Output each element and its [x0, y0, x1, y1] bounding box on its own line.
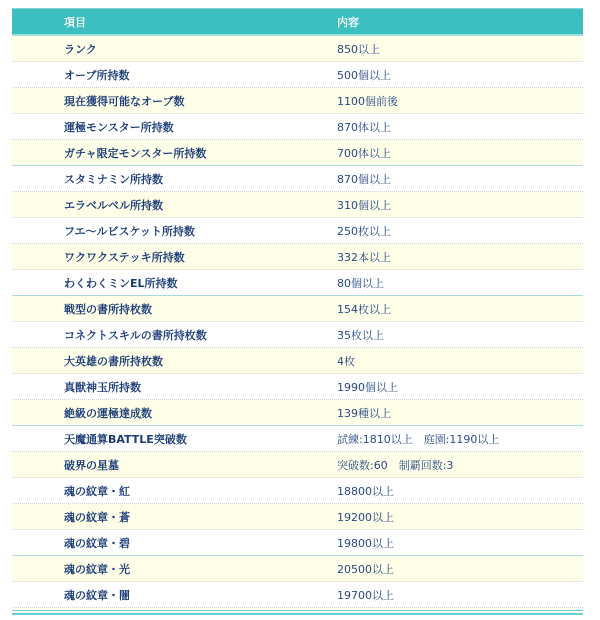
row-item-label: ランク — [64, 41, 97, 57]
table-row: フエ〜ルビスケット所持数250枚以上 — [12, 218, 583, 244]
row-item-label: 真獣神玉所持数 — [64, 379, 141, 395]
row-content-value: 1100個前後 — [337, 93, 398, 109]
row-content-value: 850以上 — [337, 41, 380, 57]
row-item-label: ワクワクステッキ所持数 — [64, 249, 185, 265]
table-row: わくわくミンEL所持数80個以上 — [12, 270, 583, 296]
row-content-value: 139種以上 — [337, 405, 391, 421]
row-content-value: 4枚 — [337, 353, 355, 369]
table-header: 項目 内容 — [12, 8, 583, 36]
row-content-value: 試練:1810以上 庭園:1190以上 — [337, 431, 499, 447]
row-item-label: 破界の星墓 — [64, 457, 119, 473]
row-content-value: 18800以上 — [337, 483, 394, 499]
row-content-value: 870体以上 — [337, 119, 391, 135]
row-content-value: 19200以上 — [337, 509, 394, 525]
table-row: ワクワクステッキ所持数332本以上 — [12, 244, 583, 270]
table-row: 運極モンスター所持数870体以上 — [12, 114, 583, 140]
row-content-value: 870個以上 — [337, 171, 391, 187]
table-row: 戦型の書所持枚数154枚以上 — [12, 296, 583, 322]
row-item-label: ガチャ限定モンスター所持数 — [64, 145, 206, 161]
row-item-label: 魂の紋章・碧 — [64, 535, 130, 551]
row-item-label: エラベルベル所持数 — [64, 197, 163, 213]
row-item-label: スタミナミン所持数 — [64, 171, 163, 187]
row-content-value: 19700以上 — [337, 587, 394, 603]
row-item-label: オーブ所持数 — [64, 67, 129, 83]
table-row: 魂の紋章・紅18800以上 — [12, 478, 583, 504]
row-item-label: 絶級の運極達成数 — [64, 405, 152, 421]
table-row: 現在獲得可能なオーブ数1100個前後 — [12, 88, 583, 114]
row-content-value: 突破数:60 制覇回数:3 — [337, 457, 453, 473]
row-content-value: 80個以上 — [337, 275, 384, 291]
table-row: 天魔通算BATTLE突破数試練:1810以上 庭園:1190以上 — [12, 426, 583, 452]
header-content: 内容 — [337, 14, 359, 30]
row-content-value: 20500以上 — [337, 561, 394, 577]
table-row: 絶級の運極達成数139種以上 — [12, 400, 583, 426]
table-row: ガチャ限定モンスター所持数700体以上 — [12, 140, 583, 166]
row-content-value: 35枚以上 — [337, 327, 384, 343]
row-item-label: 魂の紋章・紅 — [64, 483, 130, 499]
row-item-label: 魂の紋章・蒼 — [64, 509, 130, 525]
table-bottom-border-double — [12, 613, 583, 615]
table-row: 大英雄の書所持枚数4枚 — [12, 348, 583, 374]
table-row: スタミナミン所持数870個以上 — [12, 166, 583, 192]
table-row: 魂の紋章・碧19800以上 — [12, 530, 583, 556]
table-row: オーブ所持数500個以上 — [12, 62, 583, 88]
row-item-label: 魂の紋章・闇 — [64, 587, 130, 603]
table-row: 魂の紋章・蒼19200以上 — [12, 504, 583, 530]
row-content-value: 154枚以上 — [337, 301, 391, 317]
row-item-label: 運極モンスター所持数 — [64, 119, 174, 135]
row-content-value: 250枚以上 — [337, 223, 391, 239]
table-row: 魂の紋章・闇19700以上 — [12, 582, 583, 608]
table-row: エラベルベル所持数310個以上 — [12, 192, 583, 218]
table-body: ランク850以上オーブ所持数500個以上現在獲得可能なオーブ数1100個前後運極… — [12, 36, 583, 608]
table-row: 破界の星墓突破数:60 制覇回数:3 — [12, 452, 583, 478]
row-content-value: 332本以上 — [337, 249, 391, 265]
stats-table: 項目 内容 ランク850以上オーブ所持数500個以上現在獲得可能なオーブ数110… — [12, 8, 583, 615]
row-item-label: 現在獲得可能なオーブ数 — [64, 93, 184, 109]
row-item-label: フエ〜ルビスケット所持数 — [64, 223, 195, 239]
row-item-label: 天魔通算BATTLE突破数 — [64, 431, 187, 447]
header-item: 項目 — [64, 14, 86, 30]
row-content-value: 310個以上 — [337, 197, 391, 213]
row-content-value: 700体以上 — [337, 145, 391, 161]
row-item-label: 戦型の書所持枚数 — [64, 301, 152, 317]
table-row: 真獣神玉所持数1990個以上 — [12, 374, 583, 400]
row-item-label: 大英雄の書所持枚数 — [64, 353, 163, 369]
row-content-value: 500個以上 — [337, 67, 391, 83]
row-item-label: コネクトスキルの書所持枚数 — [64, 327, 207, 343]
row-content-value: 19800以上 — [337, 535, 394, 551]
table-row: コネクトスキルの書所持枚数35枚以上 — [12, 322, 583, 348]
table-row: ランク850以上 — [12, 36, 583, 62]
row-item-label: わくわくミンEL所持数 — [64, 275, 178, 291]
row-content-value: 1990個以上 — [337, 379, 398, 395]
table-bottom-border — [12, 610, 583, 611]
table-row: 魂の紋章・光20500以上 — [12, 556, 583, 582]
row-item-label: 魂の紋章・光 — [64, 561, 130, 577]
